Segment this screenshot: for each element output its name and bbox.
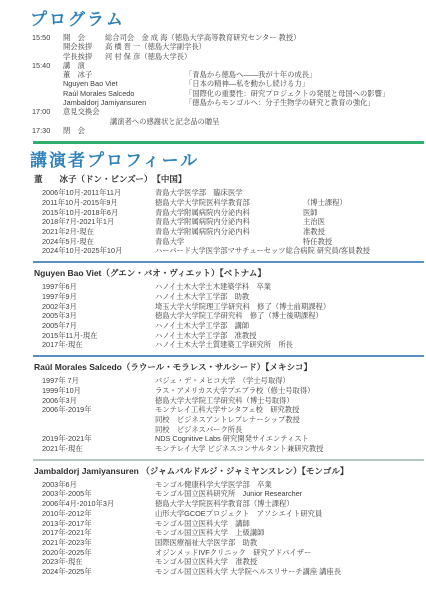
- program-label: 開会挨拶: [63, 42, 105, 51]
- history-period: 2019年-2021年: [30, 434, 155, 444]
- program-label: 董 冰子: [63, 70, 185, 79]
- speaker-profile: Nguyen Bao Viet（グエン・バオ・ヴィエット）【ベトナム】 1997…: [30, 268, 424, 357]
- program-time: [32, 70, 63, 79]
- history-desc: 同校 ビジネスパーク所長: [155, 425, 242, 435]
- history-row: 2017年-2021年 モンゴル国立医科大学 上級講師: [30, 528, 424, 538]
- history-period: 1997年 7月: [30, 376, 155, 386]
- speaker-name: Raúl Morales Salcedo（ラウール・モラレス・サルシード）【メキ…: [30, 362, 424, 373]
- history-desc: 青島大学: [155, 237, 303, 247]
- history-row: 2024年5月-現在 青島大学 特任教授: [30, 237, 424, 247]
- program-row: 17:30 閉 会: [30, 126, 424, 135]
- profiles-heading: 講演者プロフィール: [30, 151, 424, 170]
- history-row: 2003年-2005年 モンゴル国立医科研究所 Junior Researche…: [30, 489, 424, 499]
- profile-divider: [33, 355, 424, 357]
- history-desc: オジンメッドIVFクリニック 研究アドバイザー: [155, 548, 311, 558]
- history-desc: 青島大学附属病院内分泌内科: [155, 227, 303, 237]
- program-detail: 講演者への感謝状と記念品の贈呈: [105, 117, 424, 126]
- program-row: Jambaldorj Jamiyansuren 「徳島からモンゴルへ：分子生物学…: [30, 98, 424, 107]
- history-desc: 同校 ビジネスアントレプレナーシップ教授: [155, 415, 300, 425]
- program-row: 董 冰子 「青島から徳島へ——我が十年の成長」: [30, 70, 424, 79]
- history-period: 2015年11月-現在: [30, 331, 155, 341]
- history-desc: 徳島大学大学院医科学教育部: [155, 198, 303, 208]
- history-desc: バジェ・デ・メヒコ大学 （学士号取得）: [155, 376, 290, 386]
- history-row: 2006年4月-2010年3月 徳島大学大学院医科学教育部（博士課程）: [30, 499, 424, 509]
- program-detail: [105, 126, 424, 135]
- history-desc: 徳島大学大学院医科学教育部（博士課程）: [155, 499, 294, 509]
- history-row: 1999年10月 ラス・アメリカス大学プエブラ校（修士号取得）: [30, 386, 424, 396]
- history-row: 2021年-現在 モンテレイ大学 ビジネスコンサルタント兼研究教授: [30, 444, 424, 454]
- speaker-history: 1997年6月 ハノイ土木大学土木建築学科 卒業 1997年9月 ハノイ土木大学…: [30, 282, 424, 350]
- program-label: 開 会: [63, 33, 105, 42]
- history-period: 2020年-2025年: [30, 548, 155, 558]
- history-row: 2015年11月-現在 ハノイ土木大学工学部 准教授: [30, 331, 424, 341]
- history-desc: モンゴル国立医科大学 大学院ヘルスリサーチ講座 講座長: [155, 567, 341, 577]
- speaker-history: 2003年6月 モンゴル健康科学大学医学部 卒業 2003年-2005年 モンゴ…: [30, 480, 424, 577]
- program-label: 講 演: [63, 61, 105, 70]
- program-detail: 河 村 保 彦（徳島大学長）: [105, 52, 424, 61]
- history-period: 2010年-2012年: [30, 509, 155, 519]
- history-role: 主治医: [303, 217, 325, 227]
- history-period: 2013年-2017年: [30, 519, 155, 529]
- program-detail: 「徳島からモンゴルへ：分子生物学の研究と教育の強化」: [185, 98, 424, 107]
- history-desc: 国際医療福祉大学医学部 助教: [155, 538, 257, 548]
- profiles-list: 董 冰子（ドン・ビンズー） 【中国】 2006年10月-2011年11月 青島大…: [30, 174, 424, 577]
- history-desc: 徳島大学大学院工学研究科 修了（博士後期課程）: [155, 311, 323, 321]
- history-period: 2017年-現在: [30, 340, 155, 350]
- history-row: 2011年10月-2015年9月 徳島大学大学院医科学教育部 （博士課程）: [30, 198, 424, 208]
- history-desc: ハーバード大学医学部マサチューセッツ総合病院 研究員/客員教授: [155, 246, 370, 256]
- history-row: 2021年2月-現在 青島大学附属病院内分泌内科 准教授: [30, 227, 424, 237]
- program-label: Raúl Morales Salcedo: [63, 89, 185, 98]
- program-detail: 高 橋 晋 一（徳島大学副学長）: [105, 42, 424, 51]
- speaker-name: 董 冰子（ドン・ビンズー） 【中国】: [30, 174, 424, 185]
- history-row: 2005年7月 ハノイ土木大学工学部 講師: [30, 321, 424, 331]
- program-time: 17:00: [32, 107, 63, 116]
- history-period: 2018年7月-2021年1月: [30, 217, 155, 227]
- history-desc: モンゴル国立医科大学 上級講師: [155, 528, 264, 538]
- history-row: 2020年-2025年 オジンメッドIVFクリニック 研究アドバイザー: [30, 548, 424, 558]
- history-row: 2024年-2025年 モンゴル国立医科大学 大学院ヘルスリサーチ講座 講座長: [30, 567, 424, 577]
- history-row: 1997年 7月 バジェ・デ・メヒコ大学 （学士号取得）: [30, 376, 424, 386]
- history-row: 2023年-現在 モンゴル国立医科大学 准教授: [30, 557, 424, 567]
- speaker-profile: Jambaldorj Jamiyansuren （ジャムバルドルジ・ジャミヤンス…: [30, 466, 424, 577]
- history-period: 2006年-2019年: [30, 405, 155, 415]
- history-desc: モンゴル国立医科研究所 Junior Researcher: [155, 489, 302, 499]
- history-period: 2003年-2005年: [30, 489, 155, 499]
- history-period: 2005年3月: [30, 311, 155, 321]
- program-time: [32, 98, 63, 107]
- program-time: 17:30: [32, 126, 63, 135]
- history-row: 2002年3月 埼玉大学大学院理工学研究科 修了（博士前期課程）: [30, 302, 424, 312]
- program-rows: 15:50 開 会 総合司会 金 成 海（徳島大学高等教育研究センター 教授） …: [30, 33, 424, 135]
- history-row: 2015年10月-2018年6月 青島大学附属病院内分泌内科 医師: [30, 208, 424, 218]
- section-divider-green: [33, 141, 424, 144]
- history-row: 1997年9月 ハノイ土木大学工学部 助教: [30, 292, 424, 302]
- history-period: 1997年9月: [30, 292, 155, 302]
- program-detail: [105, 107, 424, 116]
- program-heading: プログラム: [30, 10, 424, 29]
- speaker-history: 1997年 7月 バジェ・デ・メヒコ大学 （学士号取得） 1999年10月 ラス…: [30, 376, 424, 454]
- history-desc: 山形大学GCOEプロジェクト アソシエイト研究員: [155, 509, 322, 519]
- history-desc: NDS Cognitive Labs 研究開発サイエンティスト: [155, 434, 309, 444]
- program-row: 講演者への感謝状と記念品の贈呈: [30, 117, 424, 126]
- history-row: 同校 ビジネスアントレプレナーシップ教授: [30, 415, 424, 425]
- program-label: 学長挨拶: [63, 52, 105, 61]
- history-desc: 埼玉大学大学院理工学研究科 修了（博士前期課程）: [155, 302, 330, 312]
- history-period: 2024年-2025年: [30, 567, 155, 577]
- history-row: 2024年10月-2025年10月 ハーバード大学医学部マサチューセッツ総合病院…: [30, 246, 424, 256]
- program-time: [32, 89, 63, 98]
- program-time: 15:40: [32, 61, 63, 70]
- history-desc: ハノイ土木大学土質建築工学研究所 所長: [155, 340, 293, 350]
- program-row: 開会挨拶 高 橋 晋 一（徳島大学副学長）: [30, 42, 424, 51]
- history-desc: ラス・アメリカス大学プエブラ校（修士号取得）: [155, 386, 314, 396]
- history-desc: モンゴル国立医科大学 講師: [155, 519, 250, 529]
- history-period: 2011年10月-2015年9月: [30, 198, 155, 208]
- history-role: 特任教授: [303, 237, 332, 247]
- program-detail: 「国際化の重要性：研究プロジェクトの発展と母国への影響」: [185, 89, 424, 98]
- program-time: [32, 79, 63, 88]
- history-row: 2019年-2021年 NDS Cognitive Labs 研究開発サイエンテ…: [30, 434, 424, 444]
- history-period: 2021年-2023年: [30, 538, 155, 548]
- program-detail: 総合司会 金 成 海（徳島大学高等教育研究センター 教授）: [105, 33, 424, 42]
- history-period: [30, 425, 155, 435]
- history-row: 2018年7月-2021年1月 青島大学附属病院内分泌内科 主治医: [30, 217, 424, 227]
- program-row: 15:50 開 会 総合司会 金 成 海（徳島大学高等教育研究センター 教授）: [30, 33, 424, 42]
- profile-divider: [33, 261, 424, 263]
- document-page: プログラム 15:50 開 会 総合司会 金 成 海（徳島大学高等教育研究センタ…: [0, 0, 426, 600]
- history-period: 2006年10月-2011年11月: [30, 188, 155, 198]
- history-period: 2006年4月-2010年3月: [30, 499, 155, 509]
- history-row: 同校 ビジネスパーク所長: [30, 425, 424, 435]
- history-period: 2017年-2021年: [30, 528, 155, 538]
- history-desc: ハノイ土木大学工学部 助教: [155, 292, 249, 302]
- speaker-name: Nguyen Bao Viet（グエン・バオ・ヴィエット）【ベトナム】: [30, 268, 424, 279]
- program-row: Nguyen Bao Viet 「日本の精神—私を動かし続ける力」: [30, 79, 424, 88]
- profile-divider: [33, 459, 424, 461]
- history-row: 1997年6月 ハノイ土木大学土木建築学科 卒業: [30, 282, 424, 292]
- history-desc: モンテレイ工科大学サンタフェ校 研究教授: [155, 405, 299, 415]
- history-desc: ハノイ土木大学土木建築学科 卒業: [155, 282, 271, 292]
- program-time: [32, 117, 63, 126]
- history-desc: 徳島大学大学院工学研究科（博士号取得）: [155, 396, 294, 406]
- program-label: Nguyen Bao Viet: [63, 79, 185, 88]
- history-row: 2003年6月 モンゴル健康科学大学医学部 卒業: [30, 480, 424, 490]
- history-role: 医師: [303, 208, 318, 218]
- history-period: 2015年10月-2018年6月: [30, 208, 155, 218]
- history-period: 2005年7月: [30, 321, 155, 331]
- speaker-profile: Raúl Morales Salcedo（ラウール・モラレス・サルシード）【メキ…: [30, 362, 424, 461]
- history-row: 2005年3月 徳島大学大学院工学研究科 修了（博士後期課程）: [30, 311, 424, 321]
- history-row: 2006年-2019年 モンテレイ工科大学サンタフェ校 研究教授: [30, 405, 424, 415]
- history-desc: ハノイ土木大学工学部 准教授: [155, 331, 257, 341]
- history-row: 2017年-現在 ハノイ土木大学土質建築工学研究所 所長: [30, 340, 424, 350]
- history-desc: 青島大学医学部 臨床医学: [155, 188, 243, 198]
- history-period: 2023年-現在: [30, 557, 155, 567]
- history-desc: モンテレイ大学 ビジネスコンサルタント兼研究教授: [155, 444, 323, 454]
- history-row: 2021年-2023年 国際医療福祉大学医学部 助教: [30, 538, 424, 548]
- speaker-profile: 董 冰子（ドン・ビンズー） 【中国】 2006年10月-2011年11月 青島大…: [30, 174, 424, 263]
- speaker-name: Jambaldorj Jamiyansuren （ジャムバルドルジ・ジャミヤンス…: [30, 466, 424, 477]
- history-row: 2006年10月-2011年11月 青島大学医学部 臨床医学: [30, 188, 424, 198]
- history-period: 2002年3月: [30, 302, 155, 312]
- history-desc: ハノイ土木大学工学部 講師: [155, 321, 249, 331]
- history-role: 准教授: [303, 227, 325, 237]
- history-desc: モンゴル健康科学大学医学部 卒業: [155, 480, 272, 490]
- program-row: 学長挨拶 河 村 保 彦（徳島大学長）: [30, 52, 424, 61]
- history-period: 2021年-現在: [30, 444, 155, 454]
- history-row: 2010年-2012年 山形大学GCOEプロジェクト アソシエイト研究員: [30, 509, 424, 519]
- history-period: [30, 415, 155, 425]
- program-label: Jambaldorj Jamiyansuren: [63, 98, 185, 107]
- program-detail: 「日本の精神—私を動かし続ける力」: [185, 79, 424, 88]
- program-detail: 「青島から徳島へ——我が十年の成長」: [185, 70, 424, 79]
- program-row: 17:00 意見交換会: [30, 107, 424, 116]
- program-row: 15:40 講 演: [30, 61, 424, 70]
- history-desc: モンゴル国立医科大学 准教授: [155, 557, 257, 567]
- history-period: 2003年6月: [30, 480, 155, 490]
- history-period: 1999年10月: [30, 386, 155, 396]
- program-label: [63, 117, 105, 126]
- history-row: 2013年-2017年 モンゴル国立医科大学 講師: [30, 519, 424, 529]
- history-desc: 青島大学附属病院内分泌内科: [155, 217, 303, 227]
- program-row: Raúl Morales Salcedo 「国際化の重要性：研究プロジェクトの発…: [30, 89, 424, 98]
- history-row: 2006年3月 徳島大学大学院工学研究科（博士号取得）: [30, 396, 424, 406]
- program-time: [32, 52, 63, 61]
- speaker-history: 2006年10月-2011年11月 青島大学医学部 臨床医学 2011年10月-…: [30, 188, 424, 256]
- history-desc: 青島大学附属病院内分泌内科: [155, 208, 303, 218]
- history-period: 2024年10月-2025年10月: [30, 246, 155, 256]
- program-time: [32, 42, 63, 51]
- program-detail: [105, 61, 424, 70]
- history-period: 2024年5月-現在: [30, 237, 155, 247]
- history-period: 2006年3月: [30, 396, 155, 406]
- program-time: 15:50: [32, 33, 63, 42]
- program-label: 閉 会: [63, 126, 105, 135]
- history-role: （博士課程）: [303, 198, 347, 208]
- history-period: 1997年6月: [30, 282, 155, 292]
- history-period: 2021年2月-現在: [30, 227, 155, 237]
- program-label: 意見交換会: [63, 107, 105, 116]
